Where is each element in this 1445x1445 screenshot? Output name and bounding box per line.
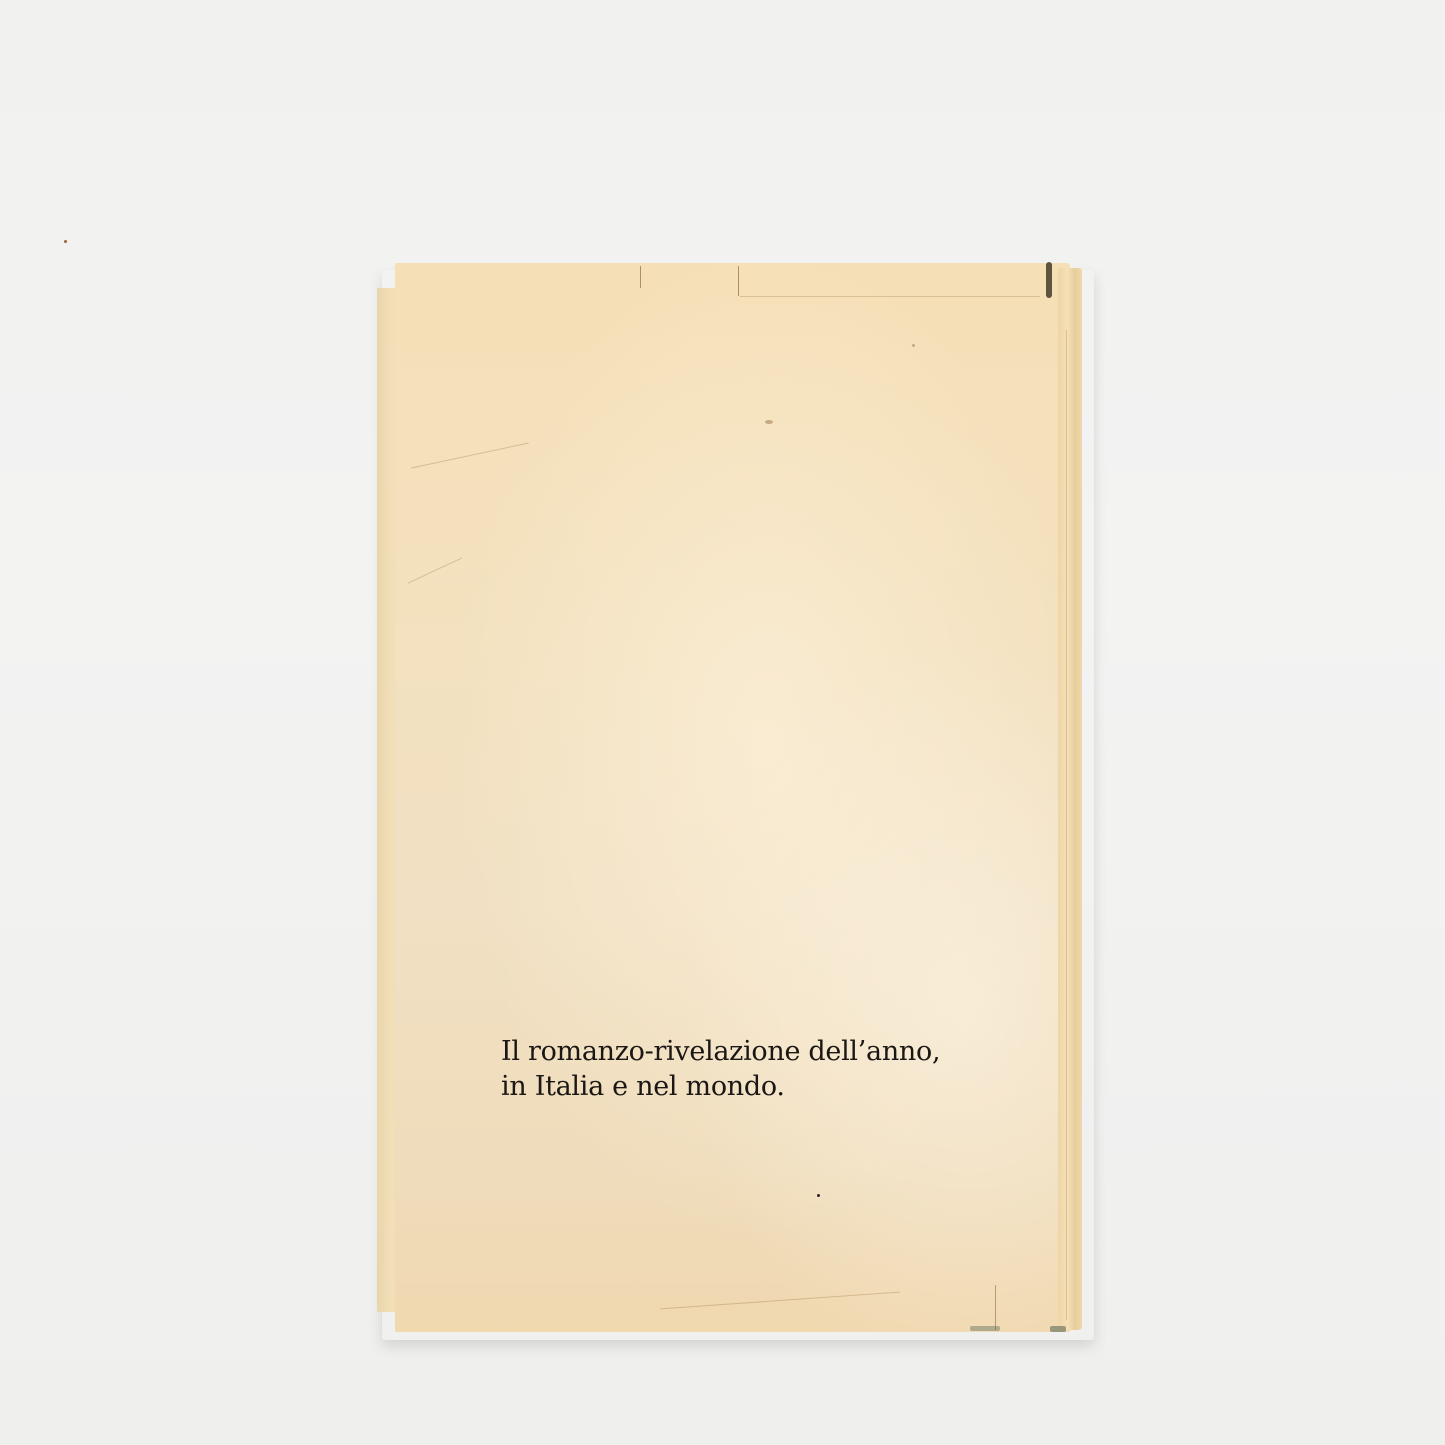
blurb-line-1: Il romanzo-rivelazione dell’anno, bbox=[501, 1034, 940, 1069]
stain-spot bbox=[912, 344, 915, 347]
spine-fold-line bbox=[1066, 330, 1067, 1320]
background-speck bbox=[64, 240, 67, 243]
crease-line bbox=[740, 296, 1040, 297]
blurb-line-2: in Italia e nel mondo. bbox=[501, 1069, 940, 1104]
stain-spot bbox=[817, 1194, 820, 1197]
back-cover-blurb: Il romanzo-rivelazione dell’anno, in Ita… bbox=[501, 1034, 940, 1104]
worn-edge-mark bbox=[1050, 1326, 1066, 1332]
edge-tear bbox=[640, 266, 641, 288]
edge-tear bbox=[738, 266, 739, 296]
stain-spot bbox=[765, 420, 773, 424]
book-back-cover bbox=[395, 263, 1070, 1332]
torn-corner-mark bbox=[1046, 262, 1052, 298]
edge-tear bbox=[995, 1285, 996, 1330]
book-spine-edge bbox=[1058, 268, 1082, 1330]
